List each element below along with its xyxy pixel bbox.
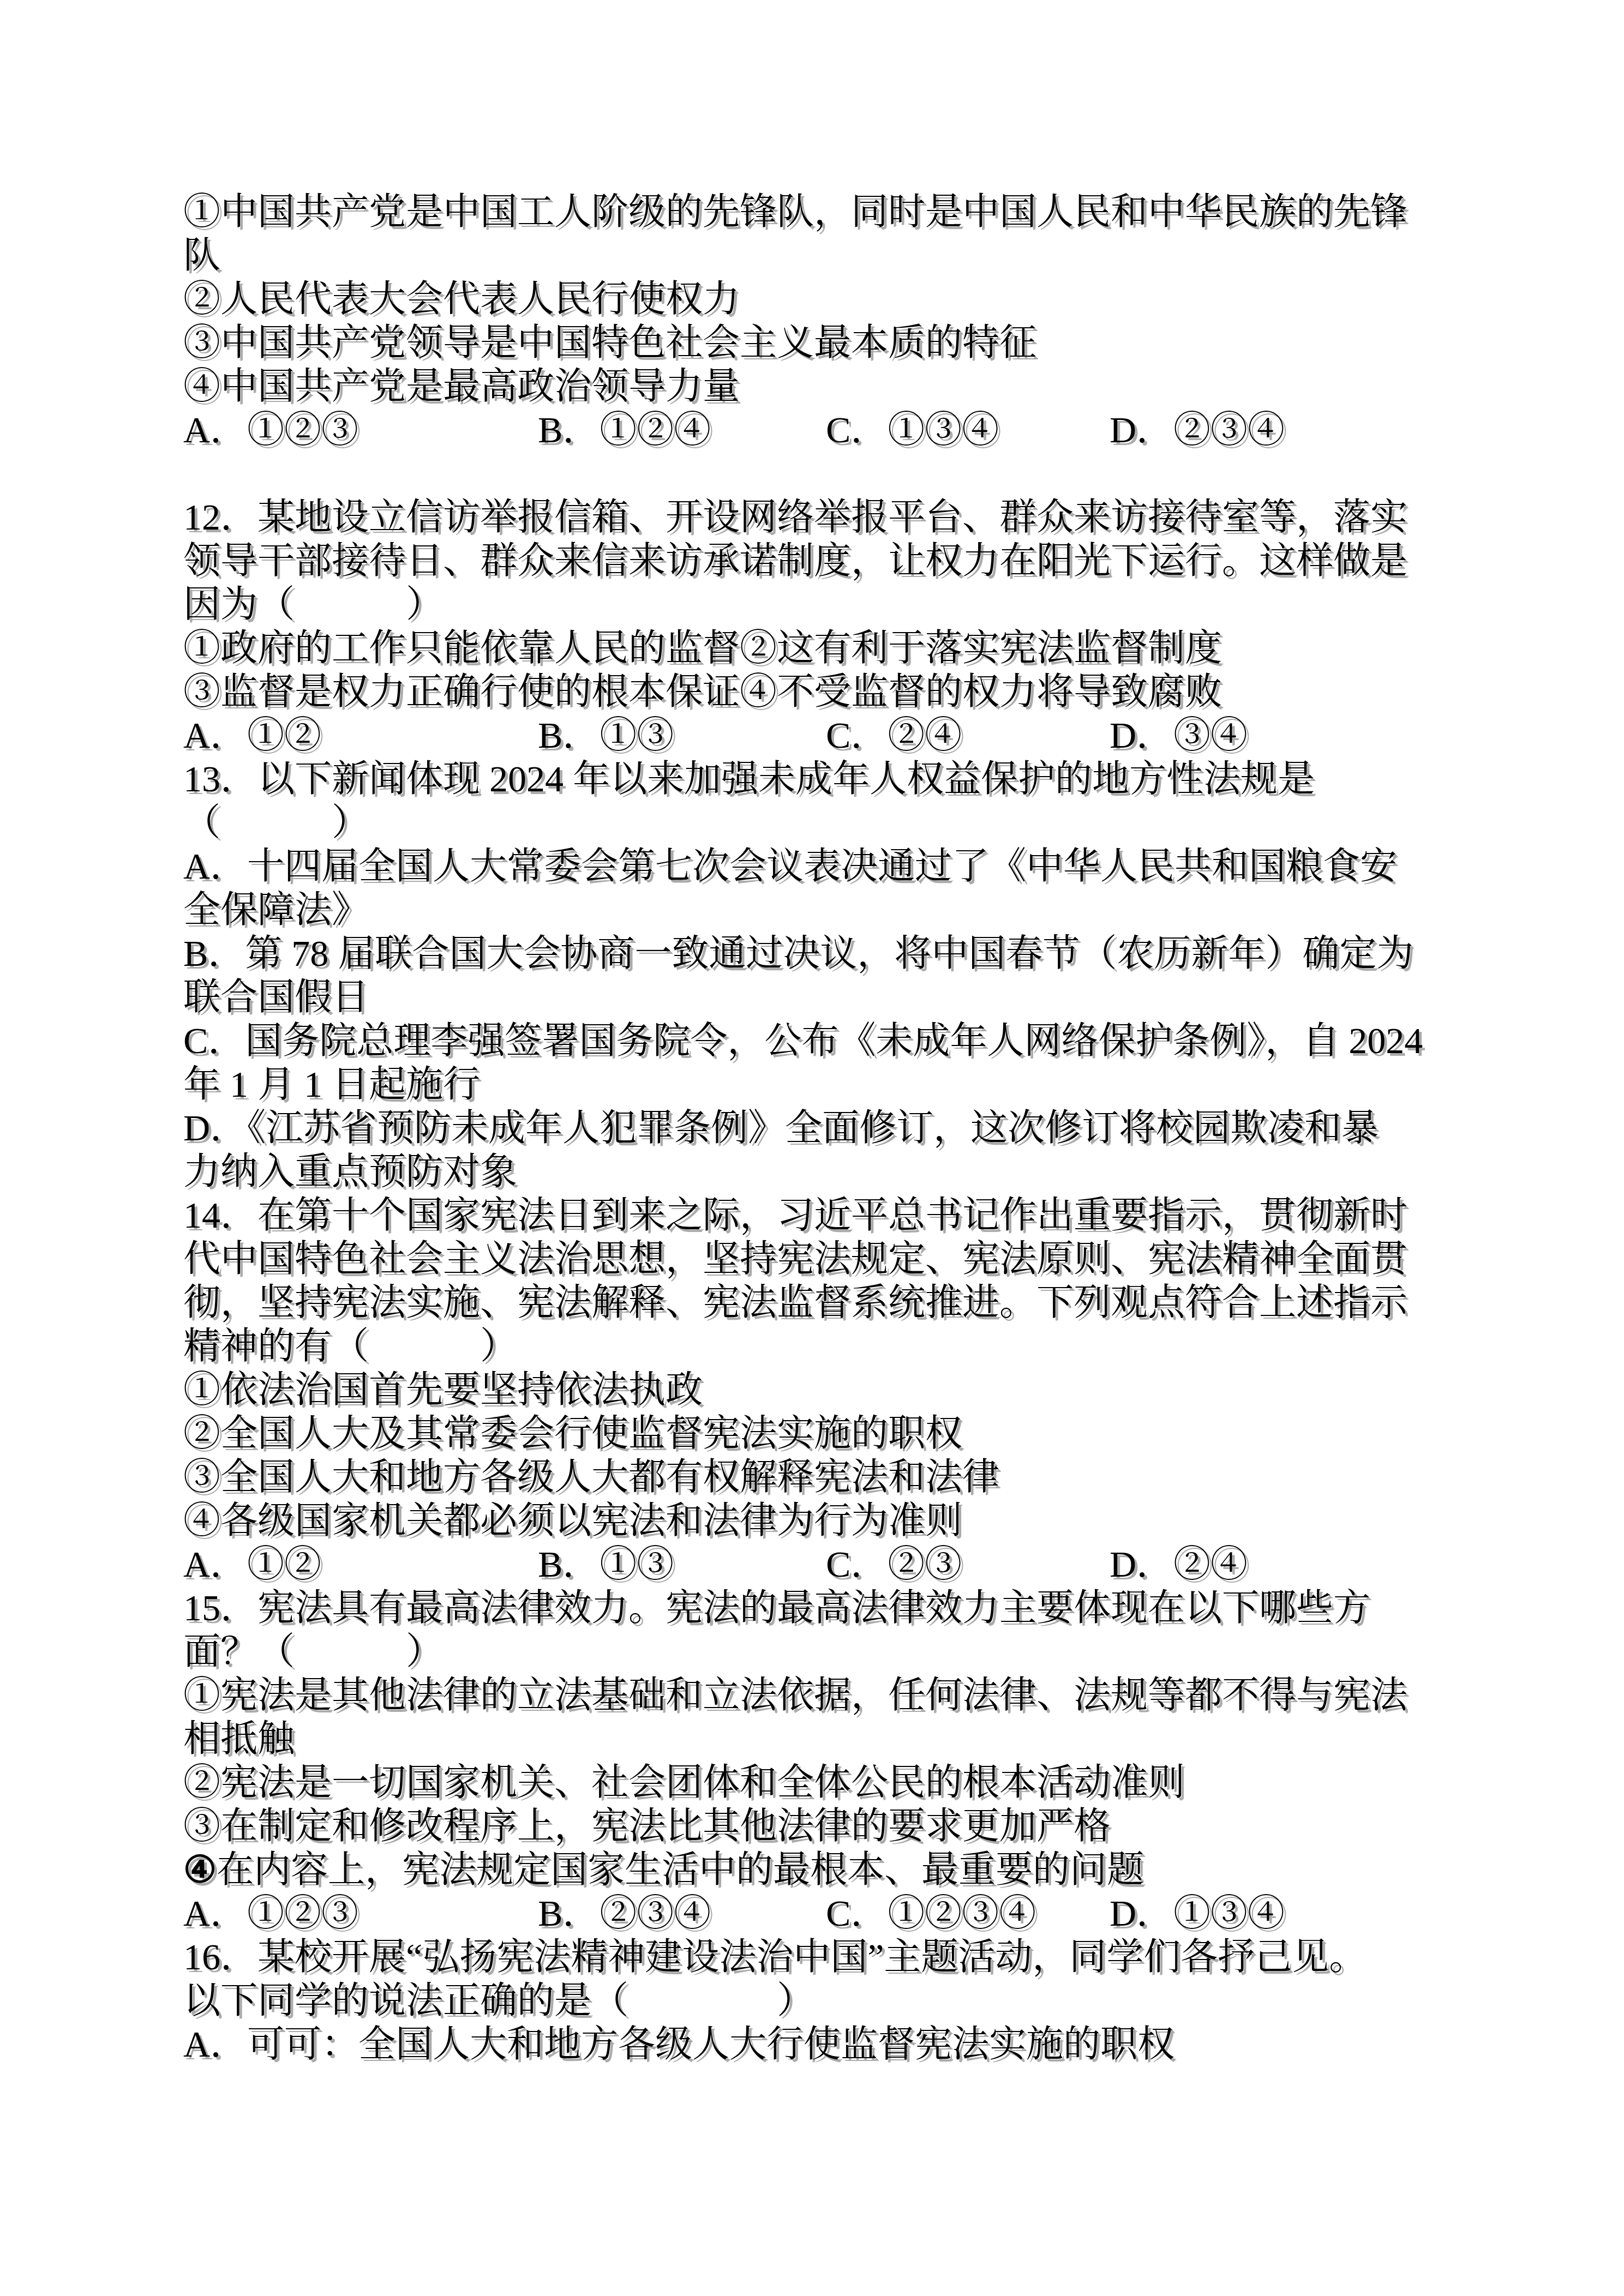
text-line: ②宪法是一切国家机关、社会团体和全体公民的根本活动准则 (183, 1760, 1454, 1804)
text-line: （ ） (183, 801, 1454, 844)
text-line: 彻，坚持宪法实施、宪法解释、宪法监督系统推进。下列观点符合上述指示 (183, 1281, 1454, 1324)
options-row: A．①②B．①③C．②④D．③④ (183, 713, 1454, 757)
option-a: A．①② (183, 1542, 538, 1586)
text-line: 代中国特色社会主义法治思想，坚持宪法规定、宪法原则、宪法精神全面贯 (183, 1237, 1454, 1281)
options-row: A．①②③B．①②④C．①③④D．②③④ (183, 408, 1454, 452)
question-15: 15．宪法具有最高法律效力。宪法的最高法律效力主要体现在以下哪些方面？（ ）①宪… (183, 1586, 1454, 1935)
text-line: 因为（ ） (183, 582, 1454, 626)
text-line: ③在制定和修改程序上，宪法比其他法律的要求更加严格 (183, 1804, 1454, 1848)
question-13: 13．以下新闻体现 2024 年以来加强未成年人权益保护的地方性法规是（ ）A．… (183, 757, 1454, 1193)
text-line: 13．以下新闻体现 2024 年以来加强未成年人权益保护的地方性法规是 (183, 757, 1454, 801)
text-line: A．十四届全国人大常委会第七次会议表决通过了《中华人民共和国粮食安 (183, 844, 1454, 888)
question-11-continuation: ①中国共产党是中国工人阶级的先锋队，同时是中国人民和中华民族的先锋队②人民代表大… (183, 190, 1454, 495)
bold-circled-number: ④ (183, 1849, 217, 1890)
text-line: 12．某地设立信访举报信箱、开设网络举报平台、群众来访接待室等，落实 (183, 495, 1454, 539)
option-c: C．②③ (826, 1542, 1110, 1586)
option-d: D．①③④ (1110, 1891, 1285, 1935)
option-c: C．②④ (826, 713, 1110, 757)
text-line: ④中国共产党是最高政治领导力量 (183, 364, 1454, 408)
text-line: 领导干部接待日、群众来信来访承诺制度，让权力在阳光下运行。这样做是 (183, 539, 1454, 582)
text-line: ②人民代表大会代表人民行使权力 (183, 277, 1454, 321)
option-a: A．①②③ (183, 408, 538, 452)
option-d: D．②④ (1110, 1542, 1248, 1586)
text-line: 联合国假日 (183, 975, 1454, 1019)
text-line: 年 1 月 1 日起施行 (183, 1062, 1454, 1106)
text-line: B．第 78 届联合国大会协商一致通过决议，将中国春节（农历新年）确定为 (183, 931, 1454, 975)
option-b: B．②③④ (538, 1891, 826, 1935)
text-line: 全保障法》 (183, 888, 1454, 931)
option-d: D．③④ (1110, 713, 1248, 757)
text-line: 面？（ ） (183, 1630, 1454, 1673)
text-line: ③全国人大和地方各级人大都有权解释宪法和法律 (183, 1455, 1454, 1499)
option-b: B．①③ (538, 1542, 826, 1586)
option-b: B．①②④ (538, 408, 826, 452)
option-a: A．①② (183, 713, 538, 757)
text-line: ①依法治国首先要坚持依法执政 (183, 1368, 1454, 1411)
blank-line (183, 452, 1454, 495)
option-c: C．①②③④ (826, 1891, 1110, 1935)
question-14: 14．在第十个国家宪法日到来之际，习近平总书记作出重要指示，贯彻新时代中国特色社… (183, 1193, 1454, 1586)
text-line: ①中国共产党是中国工人阶级的先锋队，同时是中国人民和中华民族的先锋 (183, 190, 1454, 233)
option-b: B．①③ (538, 713, 826, 757)
text-line: ①政府的工作只能依靠人民的监督②这有利于落实宪法监督制度 (183, 626, 1454, 670)
text-line: 16．某校开展“弘扬宪法精神建设法治中国”主题活动，同学们各抒己见。 (183, 1935, 1454, 1979)
options-row: A．①②B．①③C．②③D．②④ (183, 1542, 1454, 1586)
text-line: ③中国共产党领导是中国特色社会主义最本质的特征 (183, 321, 1454, 364)
text-line: 以下同学的说法正确的是（ ） (183, 1979, 1454, 2022)
text-line: 15．宪法具有最高法律效力。宪法的最高法律效力主要体现在以下哪些方 (183, 1586, 1454, 1630)
text-line: 精神的有（ ） (183, 1324, 1454, 1368)
text-run: 在内容上，宪法规定国家生活中的最根本、最重要的问题 (217, 1849, 1144, 1890)
option-c: C．①③④ (826, 408, 1110, 452)
text-line: ④各级国家机关都必须以宪法和法律为行为准则 (183, 1499, 1454, 1542)
text-line: ①宪法是其他法律的立法基础和立法依据，任何法律、法规等都不得与宪法 (183, 1673, 1454, 1717)
text-line: C．国务院总理李强签署国务院令，公布《未成年人网络保护条例》，自 2024 (183, 1019, 1454, 1062)
option-a: A．①②③ (183, 1891, 538, 1935)
option-d: D．②③④ (1110, 408, 1285, 452)
text-line: 相抵触 (183, 1717, 1454, 1760)
options-row: A．①②③B．②③④C．①②③④D．①③④ (183, 1891, 1454, 1935)
text-line: 队 (183, 233, 1454, 277)
question-12: 12．某地设立信访举报信箱、开设网络举报平台、群众来访接待室等，落实领导干部接待… (183, 495, 1454, 757)
exam-page: ①中国共产党是中国工人阶级的先锋队，同时是中国人民和中华民族的先锋队②人民代表大… (0, 0, 1624, 2296)
text-line: ③监督是权力正确行使的根本保证④不受监督的权力将导致腐败 (183, 670, 1454, 713)
text-line: ④在内容上，宪法规定国家生活中的最根本、最重要的问题 (183, 1848, 1454, 1891)
text-line: 力纳入重点预防对象 (183, 1150, 1454, 1193)
text-line: 14．在第十个国家宪法日到来之际，习近平总书记作出重要指示，贯彻新时 (183, 1193, 1454, 1237)
text-line: D．《江苏省预防未成年人犯罪条例》全面修订，这次修订将校园欺凌和暴 (183, 1106, 1454, 1150)
text-line: ②全国人大及其常委会行使监督宪法实施的职权 (183, 1411, 1454, 1455)
document-body: ①中国共产党是中国工人阶级的先锋队，同时是中国人民和中华民族的先锋队②人民代表大… (183, 190, 1454, 2066)
question-16-partial: 16．某校开展“弘扬宪法精神建设法治中国”主题活动，同学们各抒己见。以下同学的说… (183, 1935, 1454, 2066)
text-line: A．可可：全国人大和地方各级人大行使监督宪法实施的职权 (183, 2022, 1454, 2066)
